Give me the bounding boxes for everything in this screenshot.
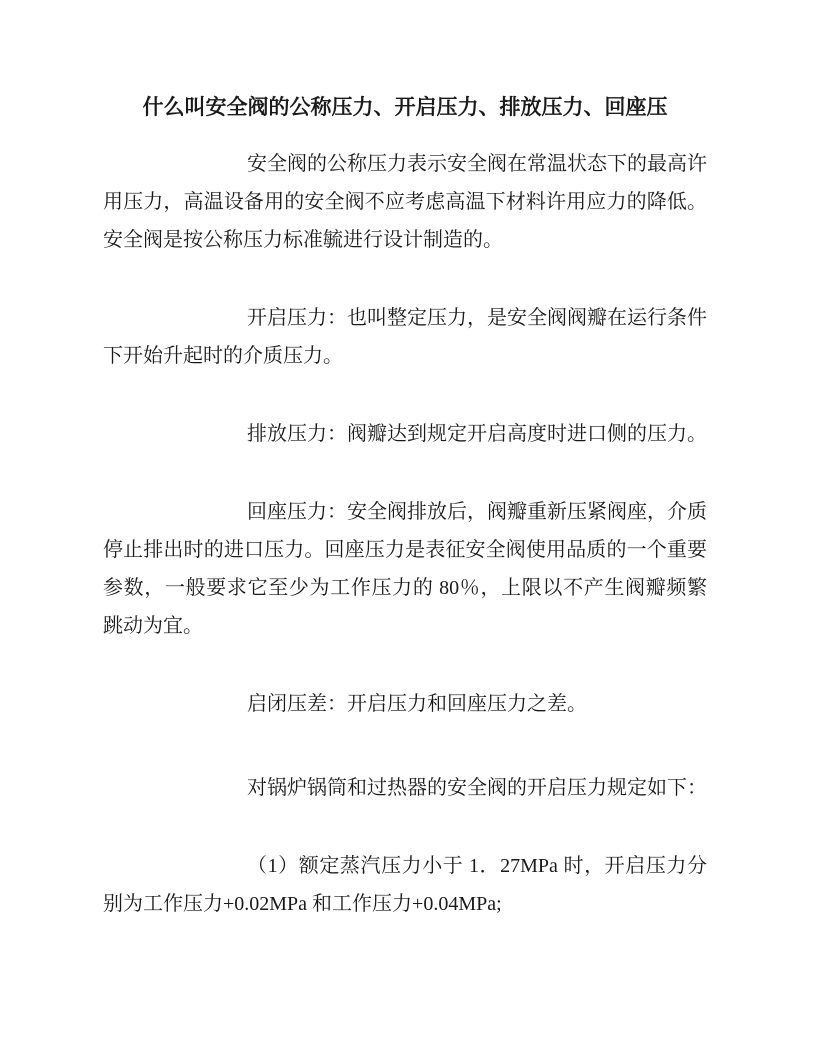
paragraph-reseating-pressure: 回座压力：安全阀排放后，阀瓣重新压紧阀座，介质停止排出时的进口压力。回座压力是表…: [103, 493, 707, 645]
paragraph-discharge-pressure: 排放压力：阀瓣达到规定开启高度时进口侧的压力。: [103, 415, 707, 453]
paragraph-nominal-pressure: 安全阀的公称压力表示安全阀在常温状态下的最高许用压力，高温设备用的安全阀不应考虑…: [103, 145, 707, 259]
paragraph-boiler-regulation-intro: 对锅炉锅筒和过热器的安全阀的开启压力规定如下：: [103, 769, 707, 807]
paragraph-regulation-item-1: （1）额定蒸汽压力小于 1．27MPa 时，开启压力分别为工作压力+0.02MP…: [103, 847, 707, 923]
paragraph-opening-pressure: 开启压力：也叫整定压力，是安全阀阀瓣在运行条件下开始升起时的介质压力。: [103, 299, 707, 375]
paragraph-opening-closing-differential: 启闭压差：开启压力和回座压力之差。: [103, 685, 707, 723]
document-title: 什么叫安全阀的公称压力、开启压力、排放压力、回座压: [103, 88, 707, 126]
document-page: 什么叫安全阀的公称压力、开启压力、排放压力、回座压 安全阀的公称压力表示安全阀在…: [0, 0, 816, 1056]
